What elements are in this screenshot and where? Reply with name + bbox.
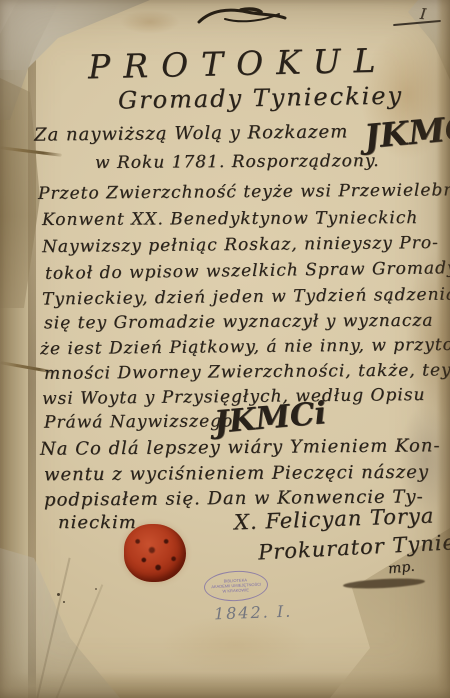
manuscript-line: Za naywiższą Wolą y Rozkazem [34, 121, 348, 145]
manuscript-line: mności Dworney Zwierzchności, także, tey… [44, 360, 450, 384]
manuscript-line: tokoł do wpisow wszelkich Spraw Gromady [45, 258, 450, 284]
manuscript-line: wentu z wyciśnieniem Pieczęci nászey [44, 462, 429, 486]
manuscript-line: nieckim [58, 512, 137, 533]
manuscript-line: Tynieckiey, dzień jeden w Tydzień sądzen… [42, 284, 450, 309]
ink-speck [57, 593, 60, 596]
manuscript-line: Práwá Naywizszego [44, 411, 233, 432]
manuscript-line: Konwent XX. Benedyktynow Tynieckich [42, 208, 418, 230]
manuscript-line: Na Co dlá lepszey wiáry Ymieniem Kon- [40, 435, 441, 459]
ink-speck [95, 588, 97, 590]
document-title: PROTOKUL [88, 41, 389, 87]
red-wax-seal [124, 524, 186, 582]
catalog-number: 1842. I. [214, 602, 293, 624]
paper-stain [160, 615, 310, 675]
royal-monogram: JKMCi [363, 107, 450, 156]
paper-stain [120, 10, 180, 34]
ink-flourish-icon [195, 6, 290, 28]
manuscript-line: Naywizszy pełniąc Roskaz, ninieyszy Pro- [42, 233, 439, 257]
manuscript-line: Przeto Zwierzchność teyże wsi Przewieleb… [38, 180, 450, 204]
document-subtitle: Gromady Tynieckiey [118, 82, 403, 115]
library-stamp: BIBLIOTEKA AKADEMII UMIEJĘTNOŚCI W KRAKO… [203, 569, 268, 602]
manuscript-line: że iest Dzień Piątkowy, á nie inny, w pr… [40, 335, 450, 359]
manuscript-line: się tey Gromadzie wyznaczył y wyznacza [44, 311, 434, 334]
manuscript-page: I PROTOKUL Gromady Tynieckiey Za naywiżs… [0, 0, 450, 698]
signature-mp: mp. [387, 559, 415, 578]
manuscript-line: w Roku 1781. Rosporządzony. [95, 151, 380, 173]
ink-speck [63, 601, 65, 603]
library-stamp-line3: W KRAKOWIE [223, 588, 250, 593]
